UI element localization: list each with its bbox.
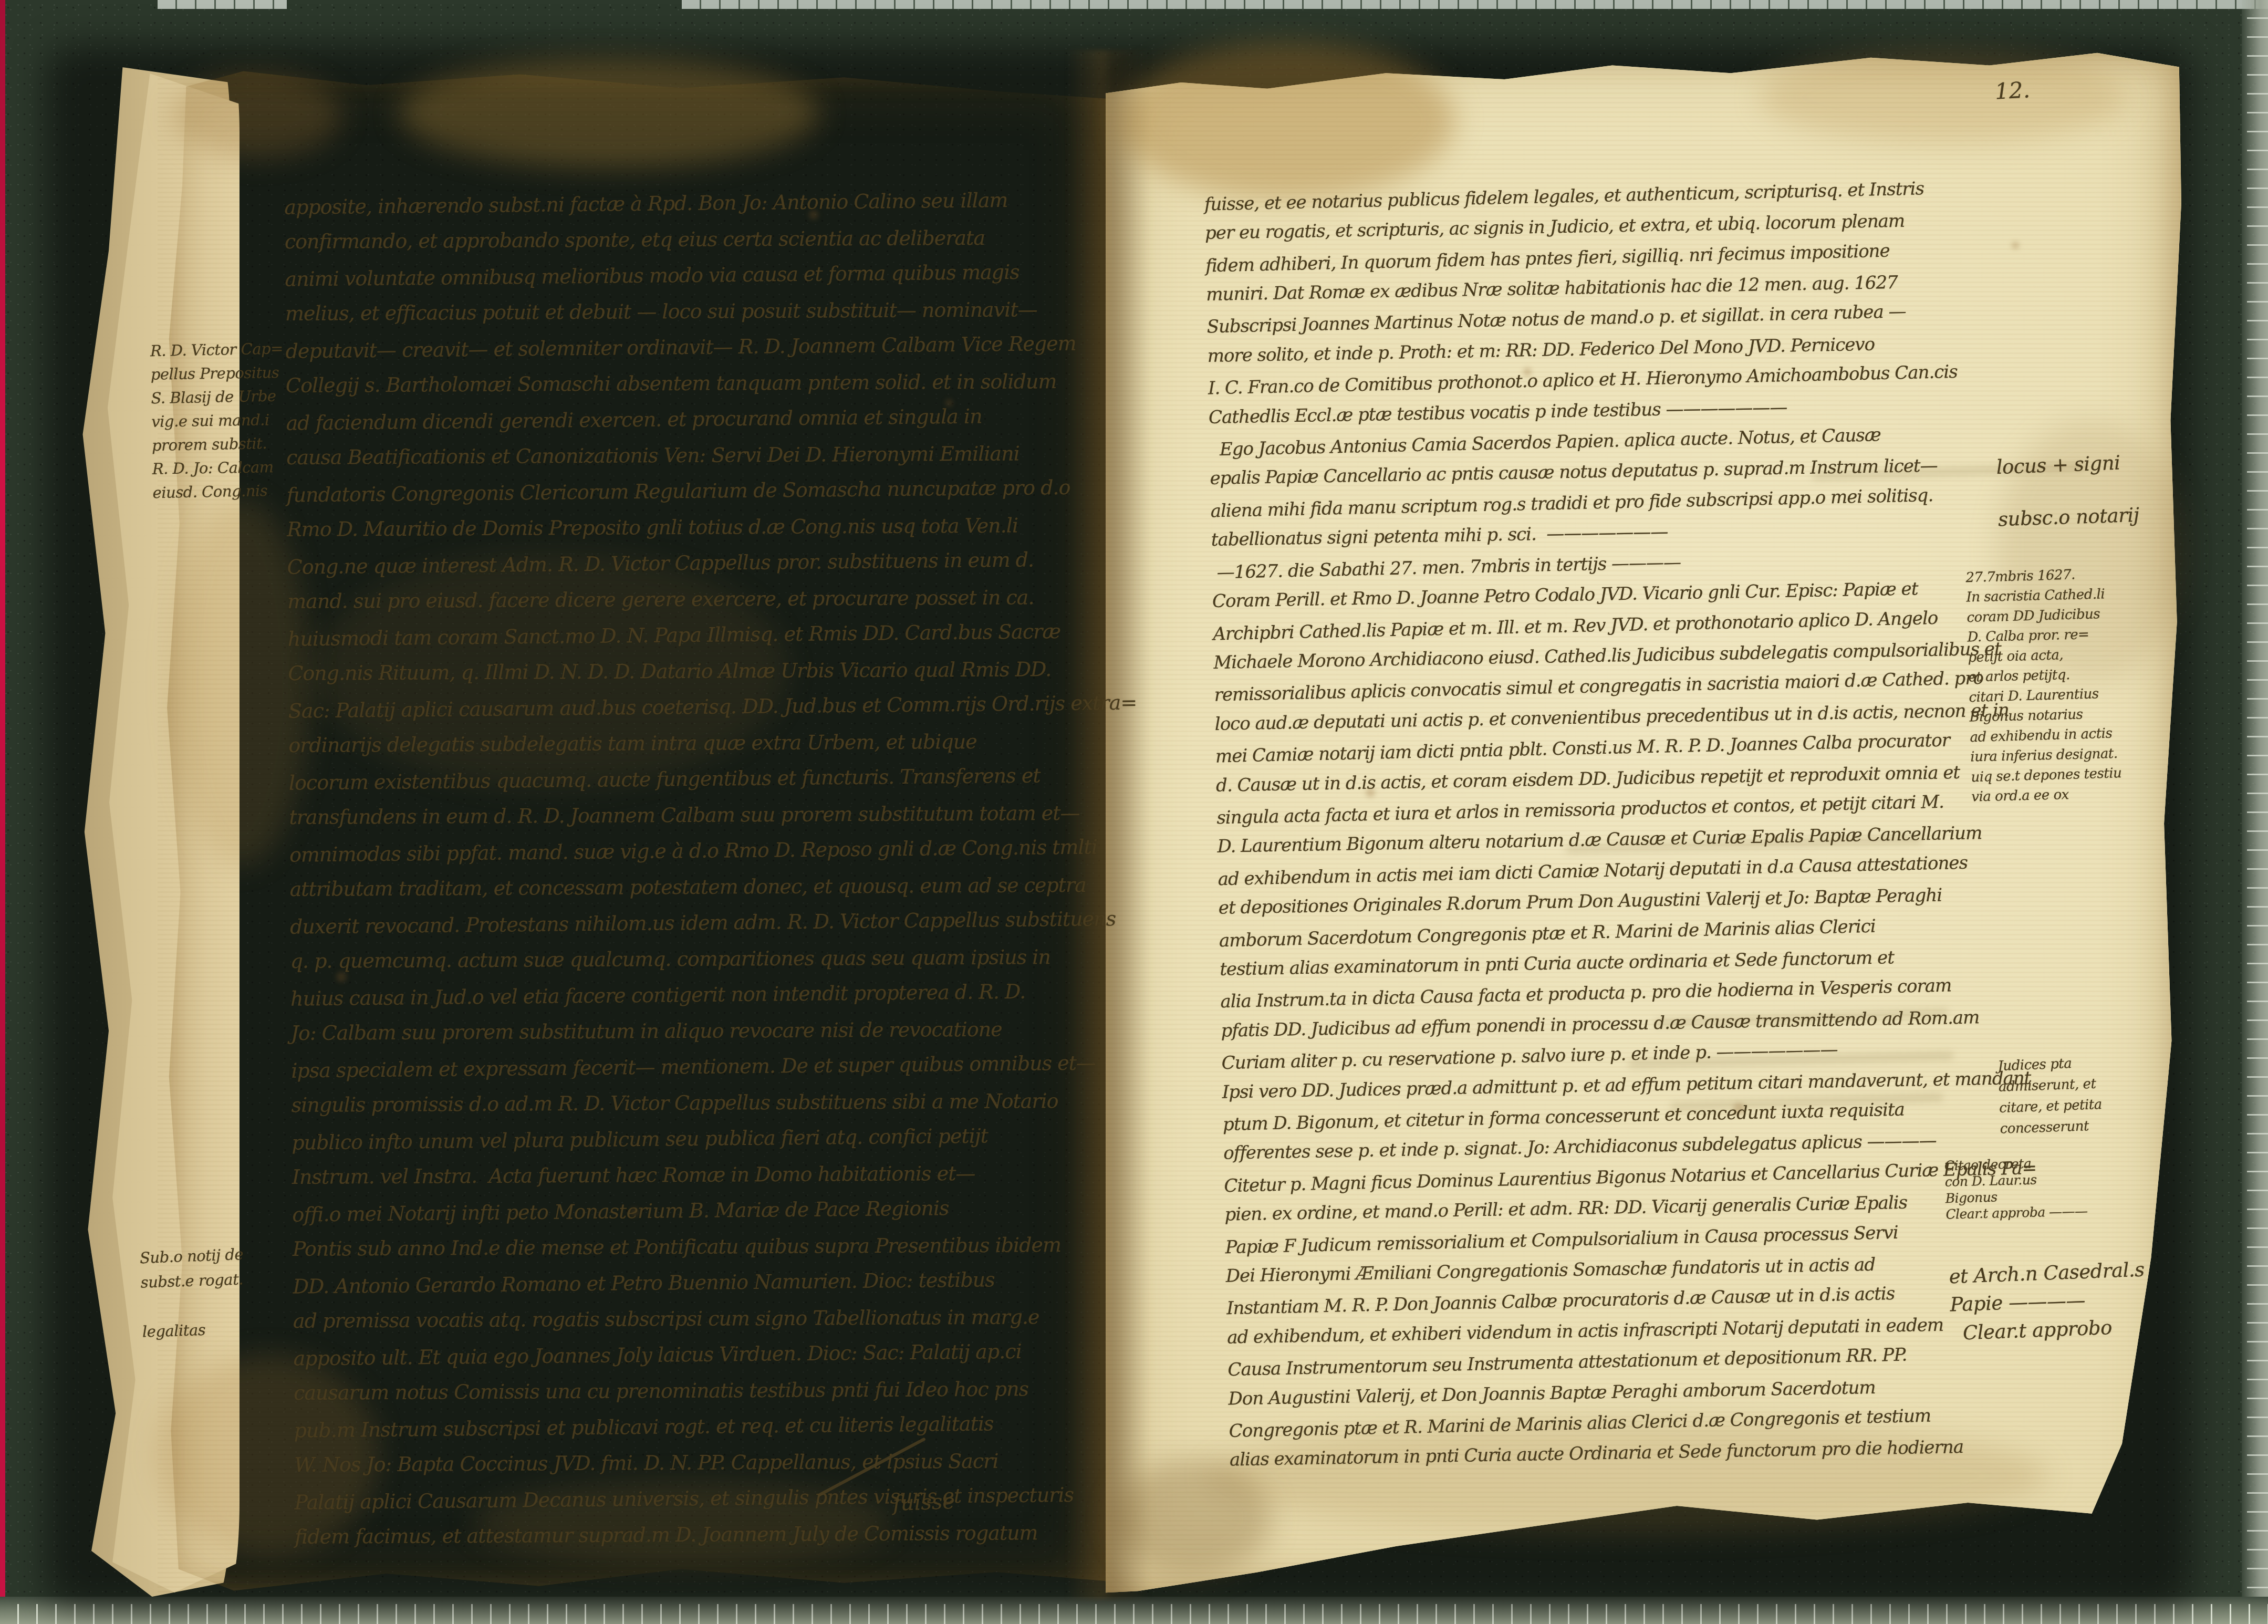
- manuscript-line: Cong.ne quæ interest Adm. R. D. Victor C…: [287, 541, 1136, 586]
- manuscript-line: ipsa specialem et expressam fecerit— men…: [291, 1045, 1140, 1089]
- manuscript-line: ad faciendum dicendi gerendi exercen. et…: [286, 397, 1135, 442]
- manuscript-line: q. p. quemcumq. actum suæ qualcumq. comp…: [290, 939, 1139, 979]
- manuscript-line: fidem facimus, et attestamur suprad.m D.…: [295, 1514, 1143, 1555]
- manuscript-line: ordinarijs delegatis subdelegatis tam in…: [288, 723, 1137, 763]
- manuscript-line: deputavit— creavit— et solemniter ordina…: [285, 325, 1134, 370]
- manuscript-line: confirmando, et approbando sponte, etq e…: [285, 219, 1133, 259]
- manuscript-line: melius, et efficacius potuit et debuit —…: [285, 291, 1134, 331]
- manuscript-line: Palatij aplici Causarum Decanus universi…: [294, 1476, 1143, 1521]
- manuscript-line: mand. sui pro eiusd. facere dicere gerer…: [287, 579, 1136, 619]
- right-ruler-strip: [2242, 0, 2268, 1624]
- manuscript-line: fundatoris Congregonis Clericorum Regula…: [286, 469, 1135, 514]
- manuscript-line: duxerit revocand. Protestans nihilom.us …: [290, 901, 1139, 945]
- manuscript-line: ad premissa vocatis atq. rogatis subscri…: [293, 1298, 1142, 1339]
- manuscript-line: W. Nos Jo: Bapta Coccinus JVD. fmi. D. N…: [294, 1442, 1143, 1483]
- left-margin-note-legalitas: Sub.o notij desubst.e rogat. legalitas: [138, 1193, 246, 1345]
- margin-note-line: legalitas: [142, 1316, 246, 1344]
- margin-note-line: via ord.a ee ox: [1971, 784, 2123, 807]
- manuscript-line: Rmo D. Mauritio de Domis Preposito gnli …: [287, 507, 1136, 547]
- manuscript-line: singulis promissis d.o ad.m R. D. Victor…: [292, 1082, 1140, 1123]
- manuscript-line: apposite, inhærendo subst.ni factæ à Rpd…: [284, 181, 1133, 226]
- manuscript-line: Jo: Calbam suu prorem substitutum in ali…: [291, 1011, 1140, 1051]
- manuscript-line: huiusmodi tam coram Sanct.mo D. N. Papa …: [287, 613, 1136, 658]
- margin-note-line: prorem substit.: [152, 431, 285, 457]
- manuscript-line: omnimodas sibi ppfat. mand. suæ vig.e à …: [289, 829, 1138, 873]
- manuscript-line: Sac: Palatij aplici causarum aud.bus coe…: [288, 685, 1137, 730]
- margin-note-line: S. Blasij de Urbe: [151, 384, 284, 410]
- top-ruler-segment: [682, 0, 2268, 9]
- manuscript-line: causa Beatificationis et Canonizationis …: [286, 435, 1135, 475]
- margin-note-line: vig.e sui mand.i: [151, 408, 285, 434]
- manuscript-line: Pontis sub anno Ind.e die mense et Ponti…: [293, 1226, 1141, 1267]
- manuscript-line: DD. Antonio Gerardo Romano et Petro Buen…: [293, 1261, 1141, 1305]
- right-margin-note-notary-sign: locus + signisubsc.o notarij: [1992, 331, 2140, 546]
- manuscript-line: Instrum. vel Instra. Acta fuerunt hæc Ro…: [292, 1154, 1141, 1195]
- catchword: fuisse: [892, 1490, 955, 1516]
- right-margin-note-judices: Judices ptaadmiserunt, etcitare, et peti…: [1996, 1010, 2103, 1140]
- margin-note-line: [141, 1292, 246, 1320]
- margin-note-line: locus + signi: [1995, 436, 2138, 494]
- manuscript-line: offi.o mei Notarij infti peto Monasteriu…: [292, 1189, 1141, 1233]
- top-ruler-segment: [158, 0, 287, 9]
- margin-note-line: admiserunt, et: [1998, 1073, 2101, 1097]
- manuscript-line: huius causa in Jud.o vel etia facere con…: [290, 973, 1139, 1017]
- manuscript-line: attributam traditam, et concessam potest…: [289, 867, 1138, 907]
- margin-note-line: subst.e rogat.: [140, 1267, 244, 1295]
- manuscript-line: Cong.nis Rituum, q. Illmi D. N. D. D. Da…: [288, 651, 1137, 691]
- manuscript-line: pub.m Instrum subscripsi et publicavi ro…: [294, 1404, 1142, 1449]
- photo-red-edge-strip: [0, 0, 5, 1624]
- right-margin-note-session-date: 27.7mbris 1627.In sacristia Cathed.licor…: [1964, 524, 2123, 807]
- margin-note-line: Judices pta: [1997, 1052, 2101, 1077]
- margin-note-line: R. D. Jo: Calcam: [152, 455, 286, 481]
- left-page-text-block: apposite, inhærendo subst.ni factæ à Rpd…: [284, 110, 1143, 1556]
- right-page-text-block: fuisse, et ee notarius publicus fidelem …: [1203, 111, 2042, 1476]
- manuscript-line: apposito ult. Et quia ego Joannes Joly l…: [293, 1332, 1142, 1377]
- margin-note-line: eiusd. Cong.nis: [152, 478, 286, 505]
- margin-note-line: R. D. Victor Cap=: [150, 337, 284, 363]
- photo-of-manuscript: { "document": { "title": "Two-page openi…: [0, 0, 2268, 1624]
- margin-note-line: pellus Prepositus: [150, 361, 284, 387]
- margin-note-line: citare, et petita: [1999, 1094, 2103, 1119]
- manuscript-line: publico infto unum vel plura publicum se…: [292, 1117, 1140, 1161]
- manuscript-line: locorum existentibus quacumq. aucte fung…: [289, 757, 1138, 801]
- manuscript-line: transfundens in eum d. R. D. Joannem Cal…: [289, 795, 1138, 835]
- margin-note-line: Sub.o notij de: [139, 1242, 244, 1271]
- manuscript-line: causarum notus Comissis una cu prenomina…: [294, 1370, 1142, 1411]
- right-margin-note-archivio: et Arch.n Casedral.sPapie ———— Clear.t a…: [1947, 1199, 2147, 1348]
- page-number: 12.: [1994, 77, 2031, 104]
- left-margin-note-substitution: R. D. Victor Cap=pellus PrepositusS. Bla…: [149, 290, 286, 505]
- manuscript-line: animi voluntate omnibusq melioribus modo…: [285, 253, 1133, 298]
- manuscript-line: Collegij s. Bartholomæi Somaschi absente…: [286, 363, 1135, 403]
